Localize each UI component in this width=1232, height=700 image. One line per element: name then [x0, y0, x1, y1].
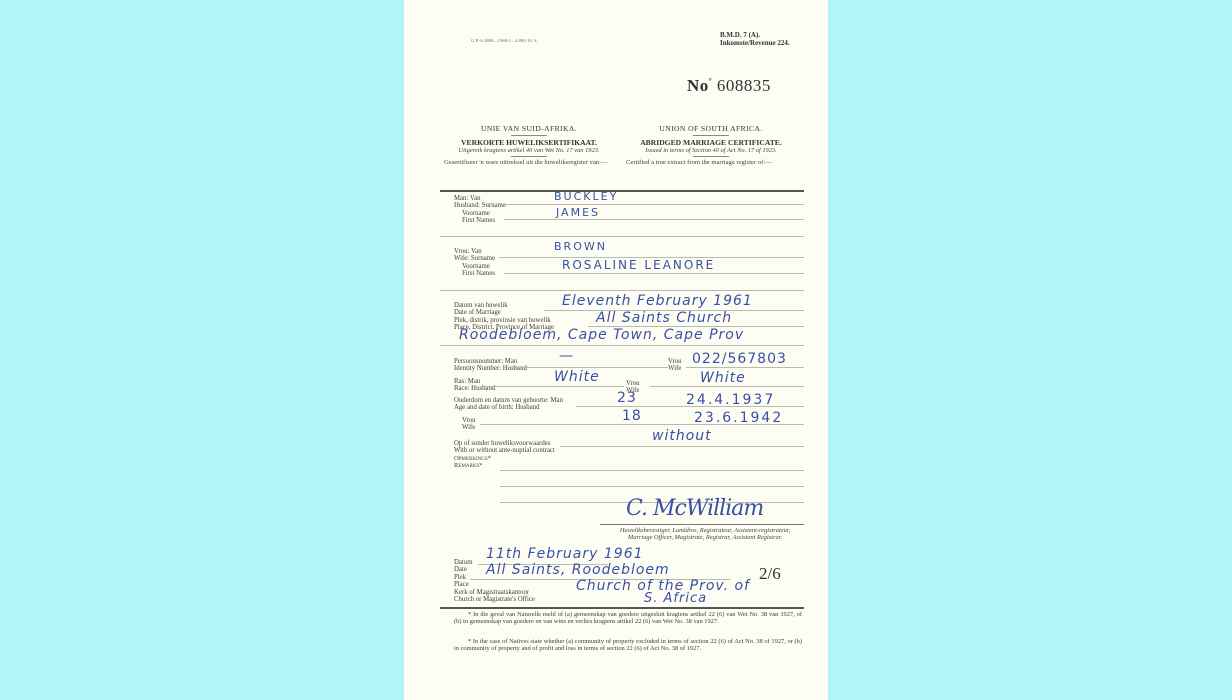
afrikaans-header: UNIE VAN SUID-AFRIKA. VERKORTE HUWELIKSE… — [434, 124, 624, 166]
english-header: UNION OF SOUTH AFRICA. ABRIDGED MARRIAGE… — [616, 124, 806, 166]
field-line — [686, 367, 804, 368]
label-text: Man: Van — [454, 195, 506, 202]
title-en: ABRIDGED MARRIAGE CERTIFICATE. — [616, 138, 806, 147]
race-wife: White — [700, 370, 746, 386]
field-line — [508, 367, 668, 368]
label-text: Vrou — [668, 358, 682, 365]
issue-date: 11th February 1961 — [486, 546, 644, 562]
form-code: B.M.D. 7 (A). — [720, 31, 760, 39]
wife-surname: BROWN — [554, 240, 607, 253]
section-line — [440, 236, 804, 237]
issue-place: All Saints, Roodebloem — [486, 562, 670, 578]
label-text: Opmerkings* — [454, 455, 491, 462]
revenue-code: Inkomste/Revenue 224. — [720, 39, 790, 47]
label-text: Vrou: Van — [454, 248, 495, 255]
field-line — [650, 386, 804, 387]
label-text: Remarks* — [454, 462, 491, 469]
field-line — [480, 424, 804, 425]
divider — [511, 156, 547, 157]
section-line — [440, 290, 804, 291]
field-line — [504, 273, 804, 274]
label-text: Huweliksbevestiger, Landdros, Registrate… — [600, 527, 810, 534]
wife-first-names: ROSALINE LEANORE — [562, 258, 715, 272]
intro-af: Gesertifiseer 'n ware uittreksel uit die… — [434, 159, 624, 166]
identity-husband: — — [559, 348, 574, 364]
age-labels: Ouderdom en datum van geboorte: Man Age … — [454, 397, 563, 432]
marriage-certificate: G.P.-S.2889—1960-1—4,000-10. S. B.M.D. 7… — [404, 0, 828, 700]
place-line-1: All Saints Church — [596, 310, 732, 326]
divider — [511, 135, 547, 136]
divider — [693, 135, 729, 136]
field-line — [440, 345, 804, 346]
husband-surname: BUCKLEY — [554, 190, 618, 203]
label-text: Vrou — [626, 380, 640, 387]
husband-first-names: JAMES — [556, 206, 600, 219]
identity-wife: 022/567803 — [692, 351, 787, 367]
label-text: Place — [454, 581, 535, 588]
field-line — [504, 219, 804, 220]
print-code: G.P.-S.2889—1960-1—4,000-10. S. — [471, 38, 538, 43]
country-en: UNION OF SOUTH AFRICA. — [616, 124, 806, 133]
signature-title: Huweliksbevestiger, Landdros, Registrate… — [600, 527, 810, 541]
number-prefix: No — [687, 76, 709, 95]
label-text: Persoonsnommer: Man — [454, 358, 527, 365]
label-text: With or without ante-nuptial contract — [454, 447, 555, 454]
label-text: Marriage Officer, Magistrate, Registrar,… — [600, 534, 810, 541]
certificate-number: Noº 608835 — [687, 76, 771, 96]
age-husband: 23 — [617, 390, 637, 406]
place-line-2: Roodebloem, Cape Town, Cape Prov — [459, 327, 744, 343]
remarks-labels: Opmerkings* Remarks* — [454, 455, 491, 470]
identity-labels: Persoonsnommer: Man Identity Number: Hus… — [454, 358, 527, 373]
title-af: VERKORTE HUWELIKSERTIFIKAAT. — [434, 138, 624, 147]
date-of-marriage: Eleventh February 1961 — [562, 293, 753, 309]
label-text: Ras: Man — [454, 378, 495, 385]
field-line — [500, 470, 804, 471]
label-text: Church or Magistrate's Office — [454, 596, 535, 603]
label-text: Voorname — [454, 210, 506, 217]
race-husband: White — [554, 369, 600, 385]
identity-wife-labels: Vrou Wife — [668, 358, 682, 373]
fee-stamp: 2/6 — [759, 564, 781, 584]
husband-labels: Man: Van Husband: Surname Voorname First… — [454, 195, 506, 225]
divider — [693, 156, 729, 157]
wife-labels: Vrou: Van Wife: Surname Voorname First N… — [454, 248, 495, 278]
label-text: Wife — [668, 365, 682, 372]
footer-rule — [440, 607, 804, 609]
subtitle-en: Issued in terms of Section 40 of Act No.… — [616, 147, 806, 154]
country-af: UNIE VAN SUID-AFRIKA. — [434, 124, 624, 133]
officer-signature: C. McWilliam — [626, 496, 763, 521]
label-text: Wife — [454, 424, 563, 431]
signature-line — [600, 524, 804, 525]
contract-value: without — [652, 428, 712, 444]
header-rule — [440, 190, 804, 192]
contract-labels: Op of sonder huweliksvoorwaardes With or… — [454, 440, 555, 455]
label-text: Datum van huwelik — [454, 302, 554, 309]
intro-en: Certified a true extract from the marria… — [616, 159, 806, 166]
number-value: 608835 — [717, 76, 771, 95]
label-text: Op of sonder huweliksvoorwaardes — [454, 440, 555, 447]
label-text: Date of Marriage — [454, 309, 554, 316]
label-text: First Names — [454, 217, 506, 224]
label-text: Voorname — [454, 263, 495, 270]
footnote-english: * In the case of Natives state whether (… — [454, 638, 802, 652]
field-line — [484, 386, 624, 387]
field-line — [500, 486, 804, 487]
field-line — [576, 406, 804, 407]
field-line — [560, 446, 804, 447]
subtitle-af: Uitgereik kragtens artikel 40 van Wet No… — [434, 147, 624, 154]
issue-office-line-2: S. Africa — [644, 591, 707, 606]
label-text: Wife: Surname — [454, 255, 495, 262]
age-wife: 18 — [622, 408, 642, 424]
label-text: First Names — [454, 270, 495, 277]
label-text: Age and date of birth: Husband — [454, 404, 563, 411]
label-text: Kerk of Magistraatskantoor — [454, 589, 535, 596]
field-line — [499, 204, 804, 205]
footnote-afrikaans: * In die geval van Naturelle meld of (a)… — [454, 611, 802, 625]
label-text: Ouderdom en datum van geboorte: Man — [454, 397, 563, 404]
label-text: Plek, distrik, provinsie van huwelik — [454, 317, 554, 324]
